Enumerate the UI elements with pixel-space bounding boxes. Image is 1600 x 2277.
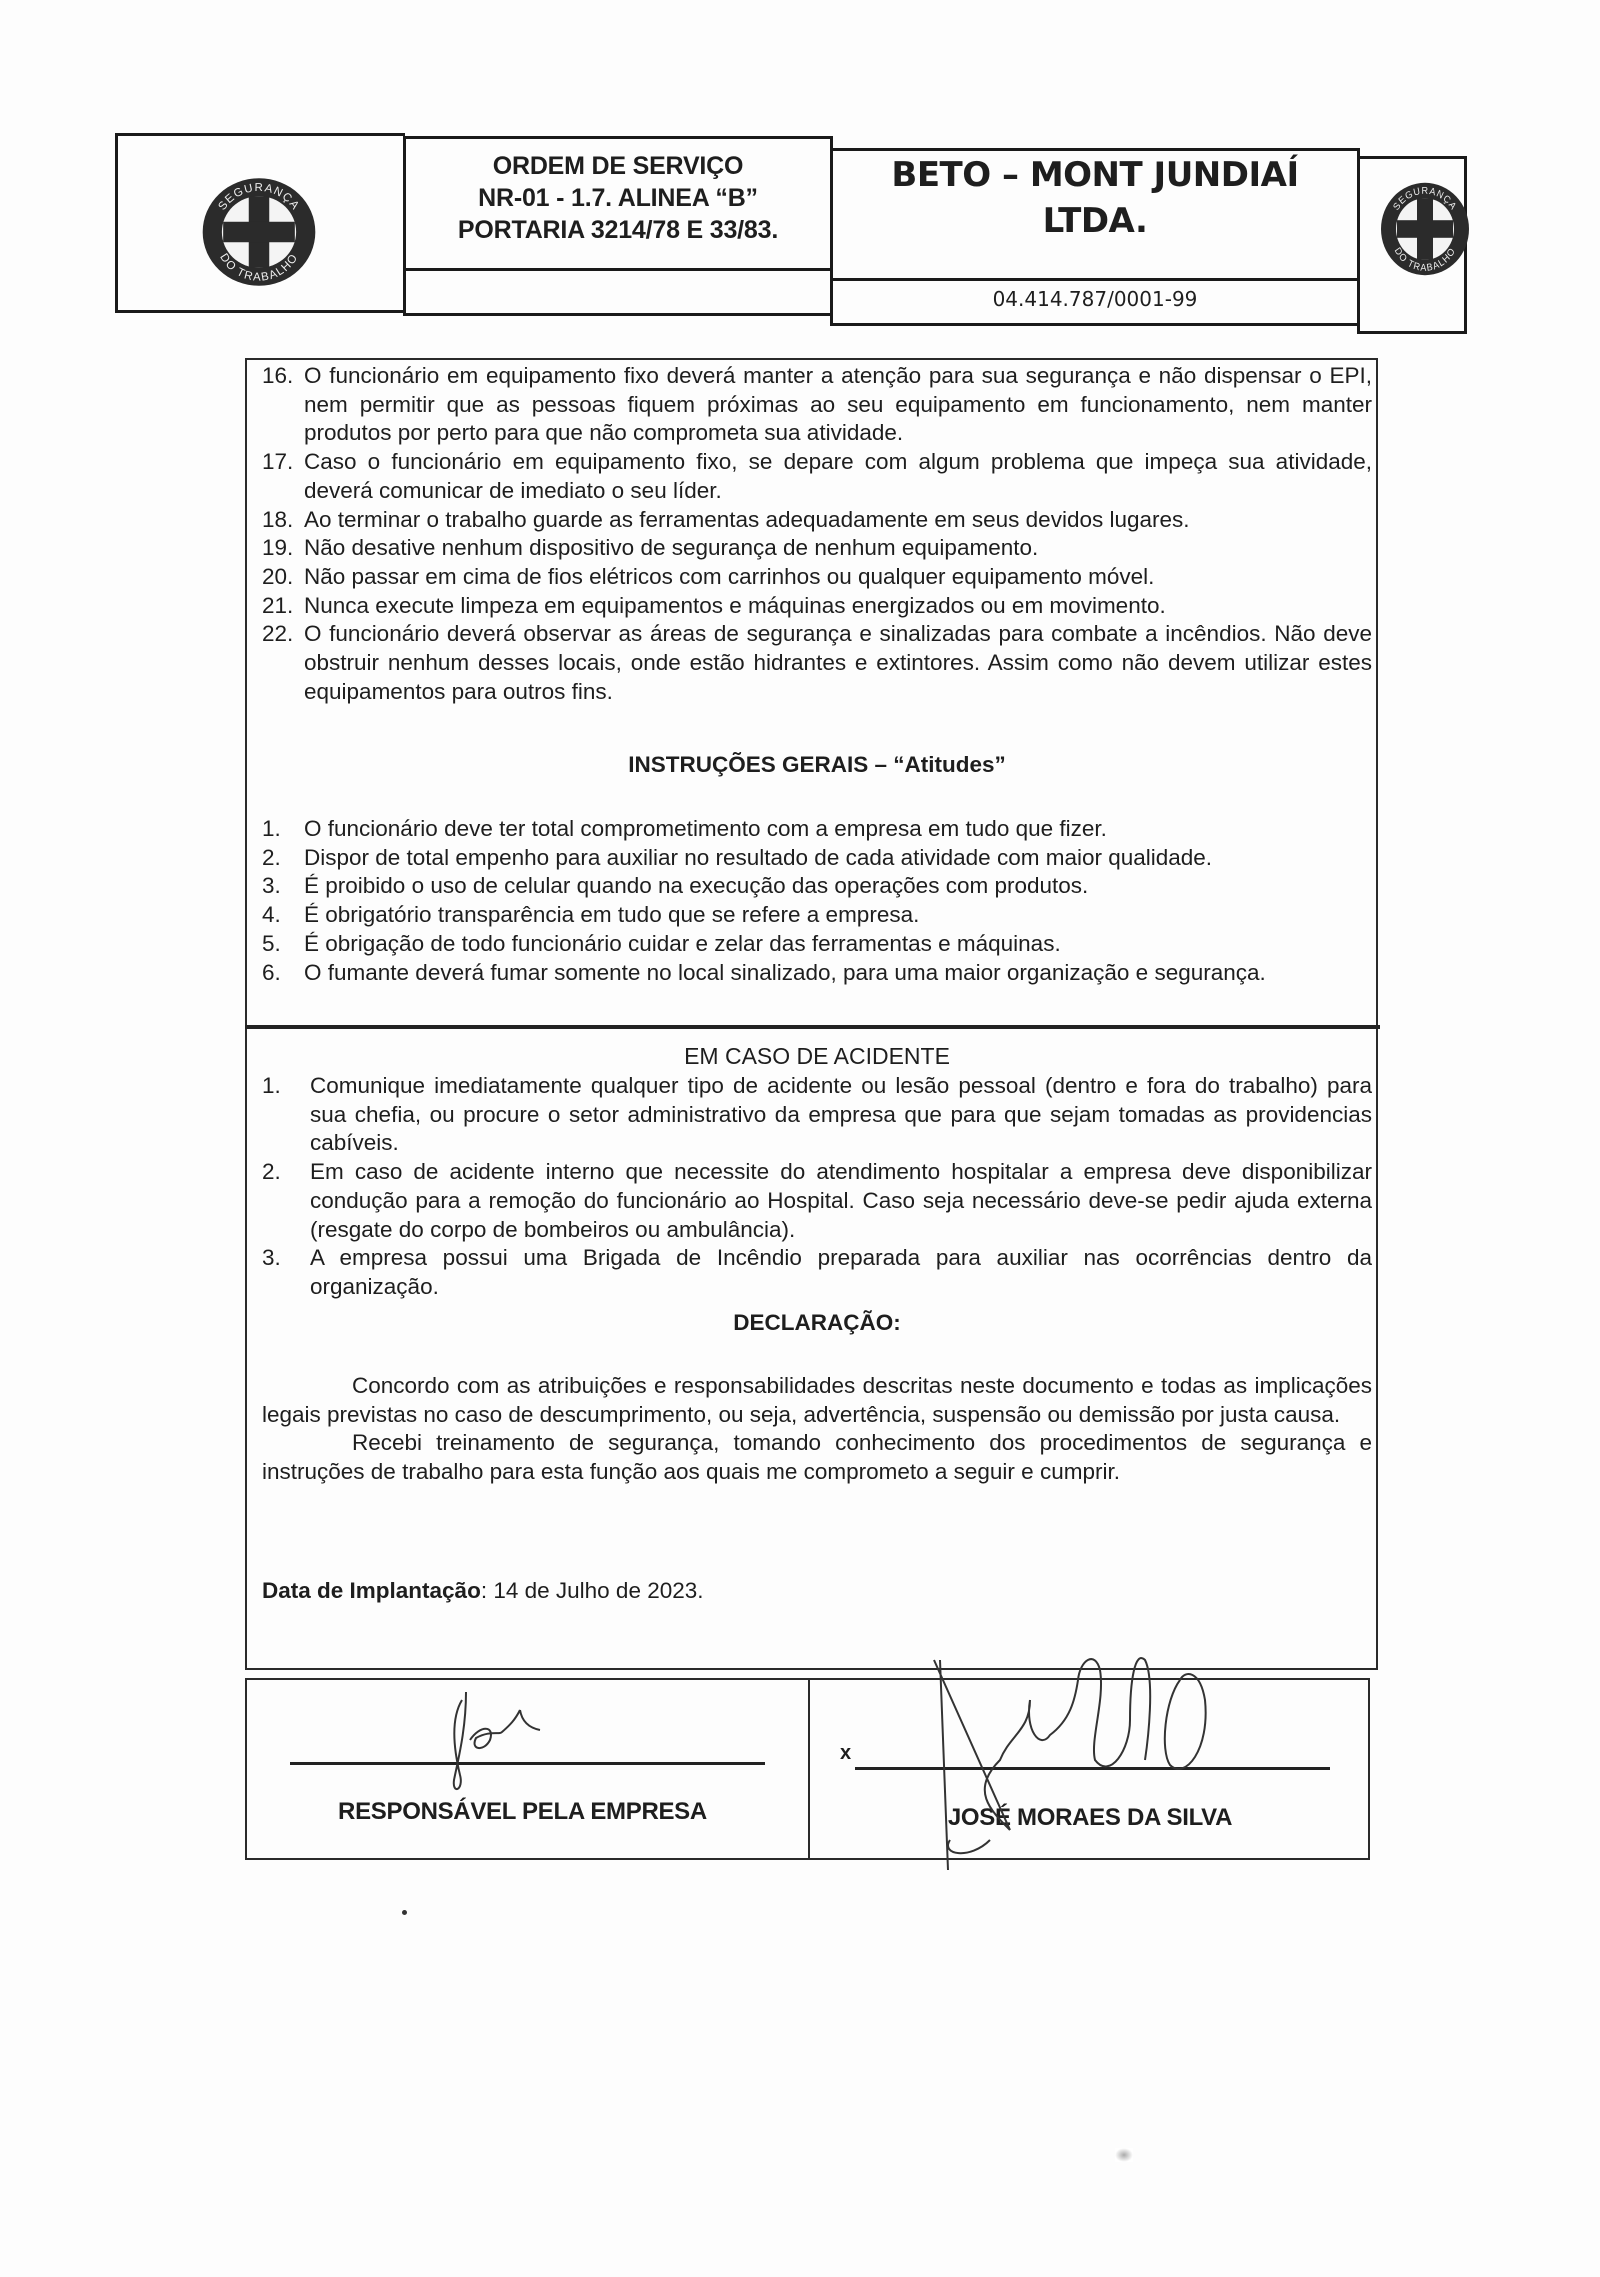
item-text: Caso o funcionário em equipamento fixo, … xyxy=(304,448,1372,505)
item-text: Não desative nenhum dispositivo de segur… xyxy=(304,534,1372,563)
safety-cross-seal-icon: SEGURANÇA DO TRABALHO xyxy=(1375,174,1475,284)
declaration-paragraph: Concordo com as atribuições e responsabi… xyxy=(262,1372,1372,1429)
item-number: 5. xyxy=(262,930,304,959)
section-title-accident: EM CASO DE ACIDENTE xyxy=(262,1043,1372,1070)
item-text: Nunca execute limpeza em equipamentos e … xyxy=(304,592,1372,621)
item-number: 16. xyxy=(262,362,304,448)
item-text: Em caso de acidente interno que necessit… xyxy=(310,1158,1372,1244)
section-divider xyxy=(245,1025,1380,1029)
declaration-text: Concordo com as atribuições e responsabi… xyxy=(262,1372,1372,1487)
rules-list: 16.O funcionário em equipamento fixo dev… xyxy=(262,362,1372,706)
list-item: 2.Dispor de total empenho para auxiliar … xyxy=(262,844,1372,873)
item-number: 2. xyxy=(262,844,304,873)
company-signature-icon xyxy=(440,1680,570,1800)
title-line: NR-01 - 1.7. ALINEA “B” xyxy=(406,182,830,214)
item-number: 18. xyxy=(262,506,304,535)
title-line: PORTARIA 3214/78 E 33/83. xyxy=(406,214,830,246)
date-label: Data de Implantação xyxy=(262,1578,481,1603)
list-item: 21.Nunca execute limpeza em equipamentos… xyxy=(262,592,1372,621)
item-number: 21. xyxy=(262,592,304,621)
list-item: 2.Em caso de acidente interno que necess… xyxy=(262,1158,1372,1244)
item-text: O funcionário deverá observar as áreas d… xyxy=(304,620,1372,706)
title-line: ORDEM DE SERVIÇO xyxy=(406,150,830,182)
item-number: 22. xyxy=(262,620,304,706)
list-item: 3.A empresa possui uma Brigada de Incênd… xyxy=(262,1244,1372,1301)
item-text: O funcionário deve ter total comprometim… xyxy=(304,815,1372,844)
company-line: BETO – MONT JUNDIAÍ xyxy=(833,152,1357,198)
list-item: 4.É obrigatório transparência em tudo qu… xyxy=(262,901,1372,930)
item-number: 4. xyxy=(262,901,304,930)
item-number: 3. xyxy=(262,872,304,901)
general-instructions-list: 1.O funcionário deve ter total compromet… xyxy=(262,815,1372,987)
scan-speck xyxy=(402,1910,407,1915)
list-item: 18.Ao terminar o trabalho guarde as ferr… xyxy=(262,506,1372,535)
item-text: Dispor de total empenho para auxiliar no… xyxy=(304,844,1372,873)
scan-smudge xyxy=(1115,2148,1133,2162)
list-item: 16.O funcionário em equipamento fixo dev… xyxy=(262,362,1372,448)
list-item: 1.O funcionário deve ter total compromet… xyxy=(262,815,1372,844)
item-number: 1. xyxy=(262,815,304,844)
header-divider xyxy=(830,278,1360,281)
signature-marker: x xyxy=(840,1742,851,1765)
item-text: Comunique imediatamente qualquer tipo de… xyxy=(310,1072,1372,1158)
list-item: 5.É obrigação de todo funcionário cuidar… xyxy=(262,930,1372,959)
item-text: A empresa possui uma Brigada de Incêndio… xyxy=(310,1244,1372,1301)
item-number: 6. xyxy=(262,959,304,988)
item-text: O funcionário em equipamento fixo deverá… xyxy=(304,362,1372,448)
item-text: O fumante deverá fumar somente no local … xyxy=(304,959,1372,988)
company-cnpj: 04.414.787/0001-99 xyxy=(833,284,1357,314)
item-text: É proibido o uso de celular quando na ex… xyxy=(304,872,1372,901)
item-text: É obrigatório transparência em tudo que … xyxy=(304,901,1372,930)
list-item: 20.Não passar em cima de fios elétricos … xyxy=(262,563,1372,592)
list-item: 1.Comunique imediatamente qualquer tipo … xyxy=(262,1072,1372,1158)
implementation-date: Data de Implantação: 14 de Julho de 2023… xyxy=(262,1578,1372,1604)
item-text: É obrigação de todo funcionário cuidar e… xyxy=(304,930,1372,959)
list-item: 3.É proibido o uso de celular quando na … xyxy=(262,872,1372,901)
employee-signature-icon xyxy=(930,1640,1260,1900)
item-number: 2. xyxy=(262,1158,310,1244)
item-text: Não passar em cima de fios elétricos com… xyxy=(304,563,1372,592)
signature-divider xyxy=(808,1680,810,1860)
list-item: 17.Caso o funcionário em equipamento fix… xyxy=(262,448,1372,505)
safety-cross-seal-icon: SEGURANÇA DO TRABALHO xyxy=(195,168,323,296)
list-item: 19.Não desative nenhum dispositivo de se… xyxy=(262,534,1372,563)
company-name: BETO – MONT JUNDIAÍ LTDA. xyxy=(833,152,1357,244)
item-number: 17. xyxy=(262,448,304,505)
item-number: 1. xyxy=(262,1072,310,1158)
date-value: : 14 de Julho de 2023. xyxy=(481,1578,704,1603)
company-signatory-label: RESPONSÁVEL PELA EMPRESA xyxy=(250,1798,795,1826)
item-number: 19. xyxy=(262,534,304,563)
item-text: Ao terminar o trabalho guarde as ferrame… xyxy=(304,506,1372,535)
document-title: ORDEM DE SERVIÇO NR-01 - 1.7. ALINEA “B”… xyxy=(406,150,830,246)
item-number: 3. xyxy=(262,1244,310,1301)
list-item: 6.O fumante deverá fumar somente no loca… xyxy=(262,959,1372,988)
list-item: 22.O funcionário deverá observar as área… xyxy=(262,620,1372,706)
section-title-general-instructions: INSTRUÇÕES GERAIS – “Atitudes” xyxy=(262,752,1372,778)
declaration-paragraph: Recebi treinamento de segurança, tomando… xyxy=(262,1429,1372,1486)
section-title-declaration: DECLARAÇÃO: xyxy=(262,1310,1372,1336)
company-line: LTDA. xyxy=(833,198,1357,244)
item-number: 20. xyxy=(262,563,304,592)
header-divider xyxy=(403,268,833,271)
accident-list: 1.Comunique imediatamente qualquer tipo … xyxy=(262,1072,1372,1302)
